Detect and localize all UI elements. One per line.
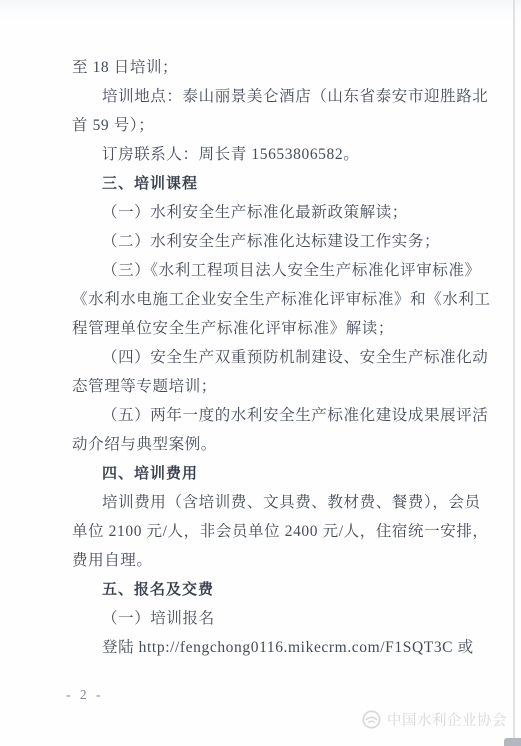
association-logo-icon — [361, 709, 382, 730]
scan-corner-artifact — [504, 738, 521, 746]
text-line: 程管理单位安全生产标准化评审标准》解读； — [72, 314, 465, 343]
sub-heading: （一）培训报名 — [72, 604, 465, 633]
text-line: 首 59 号）； — [72, 111, 465, 140]
document-body: 至 18 日培训；培训地点：泰山丽景美仑酒店（山东省泰安市迎胜路北首 59 号）… — [72, 53, 465, 662]
text-line: （三）《水利工程项目法人安全生产标准化评审标准》 — [72, 256, 465, 285]
section-heading: 三、培训课程 — [72, 169, 465, 198]
section-heading: 四、培训费用 — [72, 459, 465, 488]
watermark: 中国水利企业协会 — [361, 709, 507, 730]
watermark-text: 中国水利企业协会 — [387, 709, 507, 730]
text-line: 态管理等专题培训； — [72, 372, 465, 401]
text-line: （五）两年一度的水利安全生产标准化建设成果展评活 — [72, 401, 465, 430]
text-line: 登陆 http://fengchong0116.mikecrm.com/F1SQ… — [72, 633, 465, 662]
text-line: 《水利水电施工企业安全生产标准化评审标准》和《水利工 — [72, 285, 465, 314]
page-number: - 2 - — [66, 687, 104, 703]
section-heading: 五、报名及交费 — [72, 575, 465, 604]
text-line: 培训地点：泰山丽景美仑酒店（山东省泰安市迎胜路北 — [72, 82, 465, 111]
document-page: 至 18 日培训；培训地点：泰山丽景美仑酒店（山东省泰安市迎胜路北首 59 号）… — [0, 0, 521, 746]
text-line: （四）安全生产双重预防机制建设、安全生产标准化动 — [72, 343, 465, 372]
text-line: 动介绍与典型案例。 — [72, 430, 465, 459]
text-line: （一）水利安全生产标准化最新政策解读； — [72, 198, 465, 227]
text-line: 培训费用（含培训费、文具费、教材费、餐费），会员 — [72, 488, 465, 517]
text-line: 单位 2100 元/人，非会员单位 2400 元/人，住宿统一安排， — [72, 517, 465, 546]
text-line: （二）水利安全生产标准化达标建设工作实务； — [72, 227, 465, 256]
scan-edge-line — [513, 0, 515, 746]
text-line: 至 18 日培训； — [72, 53, 465, 82]
text-line: 订房联系人：周长青 15653806582。 — [72, 140, 465, 169]
text-line: 费用自理。 — [72, 546, 465, 575]
